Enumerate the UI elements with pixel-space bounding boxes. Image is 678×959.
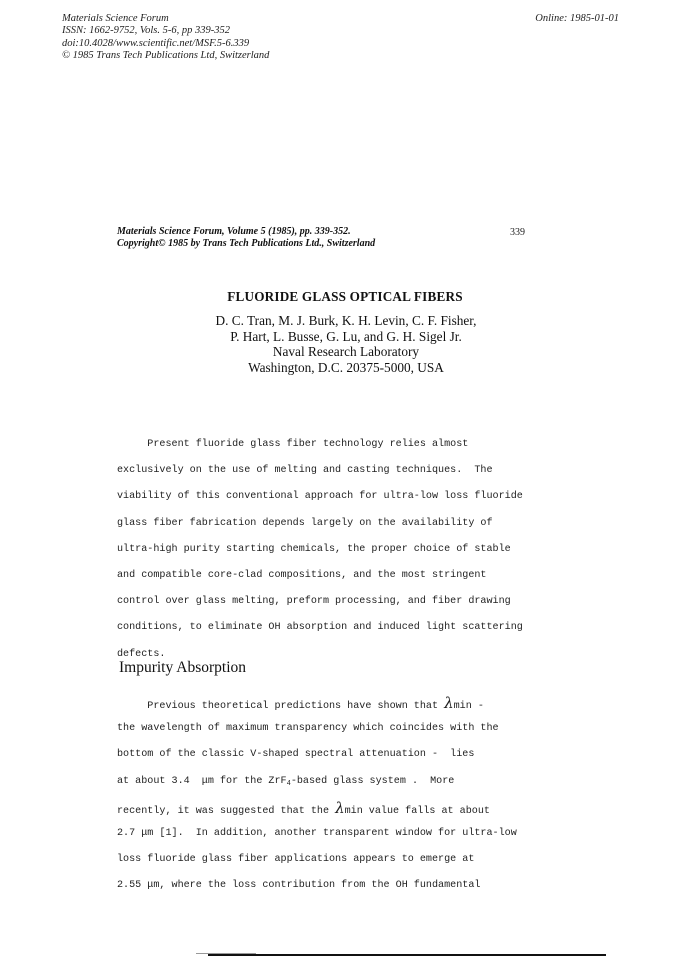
abstract-paragraph: Present fluoride glass fiber technology … xyxy=(117,432,523,668)
author-block: D. C. Tran, M. J. Burk, K. H. Levin, C. … xyxy=(0,313,678,375)
meta-issn: ISSN: 1662-9752, Vols. 5-6, pp 339-352 xyxy=(62,25,269,37)
text-line: 2.55 μm, where the loss contribution fro… xyxy=(117,873,517,899)
text-line: control over glass melting, preform proc… xyxy=(117,589,523,615)
text-line: exclusively on the use of melting and ca… xyxy=(117,458,523,484)
text-segment: recently, it was suggested that the xyxy=(117,806,335,817)
authors-line-2: P. Hart, L. Busse, G. Lu, and G. H. Sige… xyxy=(14,329,678,345)
text-line: Previous theoretical predictions have sh… xyxy=(117,690,517,716)
text-segment: at about 3.4 μm for the ZrF xyxy=(117,776,287,787)
article-title: FLUORIDE GLASS OPTICAL FIBERS xyxy=(0,289,678,305)
text-line: loss fluoride glass fiber applications a… xyxy=(117,847,517,873)
journal-copyright: Copyright© 1985 by Trans Tech Publicatio… xyxy=(117,238,375,250)
meta-journal-name: Materials Science Forum xyxy=(62,13,269,25)
text-line: the wavelength of maximum transparency w… xyxy=(117,716,517,742)
address: Washington, D.C. 20375-5000, USA xyxy=(14,360,678,376)
lambda-symbol: λ xyxy=(335,799,345,817)
text-line: recently, it was suggested that the λmin… xyxy=(117,795,517,821)
text-segment: min value falls at about xyxy=(345,806,490,817)
page-number: 339 xyxy=(510,227,525,238)
lambda-symbol: λ xyxy=(444,694,454,712)
text-line: viability of this conventional approach … xyxy=(117,484,523,510)
page-bottom-rule xyxy=(208,954,606,956)
authors-line-1: D. C. Tran, M. J. Burk, K. H. Levin, C. … xyxy=(14,313,678,329)
text-line: ultra-high purity starting chemicals, th… xyxy=(117,537,523,563)
text-line: Present fluoride glass fiber technology … xyxy=(117,432,523,458)
journal-citation: Materials Science Forum, Volume 5 (1985)… xyxy=(117,226,375,238)
text-line: glass fiber fabrication depends largely … xyxy=(117,511,523,537)
text-line: conditions, to eliminate OH absorption a… xyxy=(117,615,523,641)
text-segment: -based glass system . More xyxy=(291,776,455,787)
text-line: bottom of the classic V-shaped spectral … xyxy=(117,742,517,768)
journal-header: Materials Science Forum, Volume 5 (1985)… xyxy=(117,226,375,249)
section-heading: Impurity Absorption xyxy=(119,659,246,677)
meta-doi[interactable]: doi:10.4028/www.scientific.net/MSF.5-6.3… xyxy=(62,38,269,50)
text-segment: Previous theoretical predictions have sh… xyxy=(117,701,444,712)
text-segment: min - xyxy=(454,701,484,712)
affiliation: Naval Research Laboratory xyxy=(14,344,678,360)
text-line: 2.7 μm [1]. In addition, another transpa… xyxy=(117,821,517,847)
meta-copyright: © 1985 Trans Tech Publications Ltd, Swit… xyxy=(62,50,269,62)
text-line: and compatible core-clad compositions, a… xyxy=(117,563,523,589)
text-line: at about 3.4 μm for the ZrF4-based glass… xyxy=(117,769,517,795)
section-paragraph: Previous theoretical predictions have sh… xyxy=(117,690,517,900)
online-date: Online: 1985-01-01 xyxy=(535,13,619,24)
publication-metadata: Materials Science Forum ISSN: 1662-9752,… xyxy=(62,13,269,62)
